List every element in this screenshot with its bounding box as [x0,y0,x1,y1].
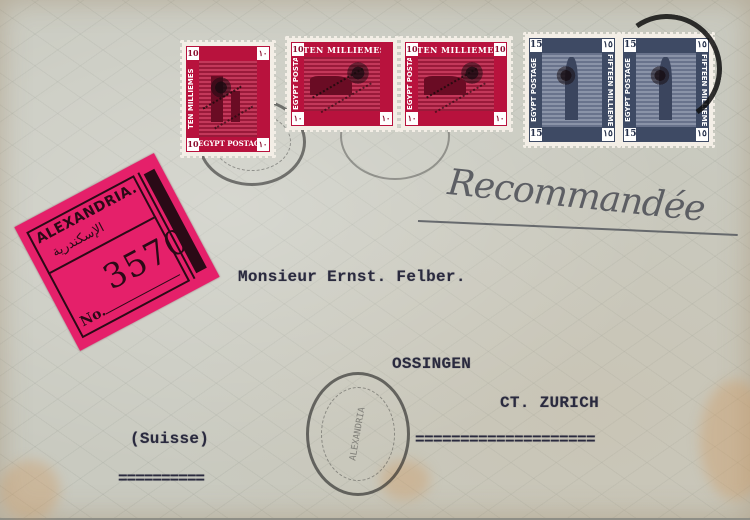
stamp-label: EGYPT POSTAGE [292,58,303,110]
stamp-fifteen-milliemes: EGYPT POSTAGE FIFTEEN MILLIEMES 15 ١٥ 15… [525,34,619,146]
stamp-value: ١٠ [494,112,506,125]
stamp-label: EGYPT POSTAGE [406,58,417,110]
stamp-value: ١٠ [292,112,304,125]
stamp-label: TEN MILLIEMES [187,62,198,136]
registration-label: ALEXANDRIA. الإسكندرية 3570 No. [14,153,219,351]
stamp-ten-milliemes: TEN MILLIEMES EGYPT POSTAGE 10 ١٠ 10 ١٠ [182,42,274,156]
stamp-value: ١٠ [406,112,418,125]
postmark: ALEXANDRIA [306,372,410,496]
stamp-value: ١٥ [602,39,614,52]
stamp-value: 15 [624,128,636,141]
stamp-value: 15 [530,128,542,141]
stamp-vignette [304,57,380,111]
stamp-value: ١٠ [257,47,269,60]
stamp-label: EGYPT POSTAGE [198,138,258,150]
overprint-crown [554,66,578,85]
stamp-value: ١٥ [696,128,708,141]
handwritten-recommandee: Recommandée [446,162,707,230]
address-town: OSSINGEN [392,355,471,373]
stamp-value: 10 [406,43,418,56]
stamp-value: 10 [292,43,304,56]
stamp-label: TEN MILLIEMES [417,44,495,56]
stamp-value: 10 [187,138,199,151]
overprint-script [426,68,486,113]
envelope-cover: TEN MILLIEMES EGYPT POSTAGE 10 ١٠ 10 ١٠ … [0,0,750,518]
address-underline: ========== [118,470,204,488]
stamp-value: 10 [494,43,506,56]
overprint-script [312,68,372,113]
stamp-vignette [418,57,494,111]
age-stain [0,460,60,518]
address-underline: ==================== [415,431,595,449]
address-country: (Suisse) [130,430,209,448]
stamp-label: EGYPT POSTAGE [530,54,541,126]
stamp-ten-milliemes: TEN MILLIEMES EGYPT POSTAGE 10 ١٠ ١٠ [287,38,397,130]
stamp-value: ١٠ [380,112,392,125]
stamp-ten-milliemes: TEN MILLIEMES EGYPT POSTAGE 10 10 ١٠ ١٠ [401,38,511,130]
age-stain [700,380,750,500]
stamp-vignette [542,53,602,127]
address-canton: CT. ZURICH [500,394,599,412]
address-name: Monsieur Ernst. Felber. [238,268,466,286]
stamp-value: 15 [530,39,542,52]
stamp-value: 10 [187,47,199,60]
stamp-label: TEN MILLIEMES [303,44,381,56]
stamp-value: ١٠ [257,138,269,151]
stamp-vignette [199,61,257,137]
stamp-value: ١٥ [602,128,614,141]
